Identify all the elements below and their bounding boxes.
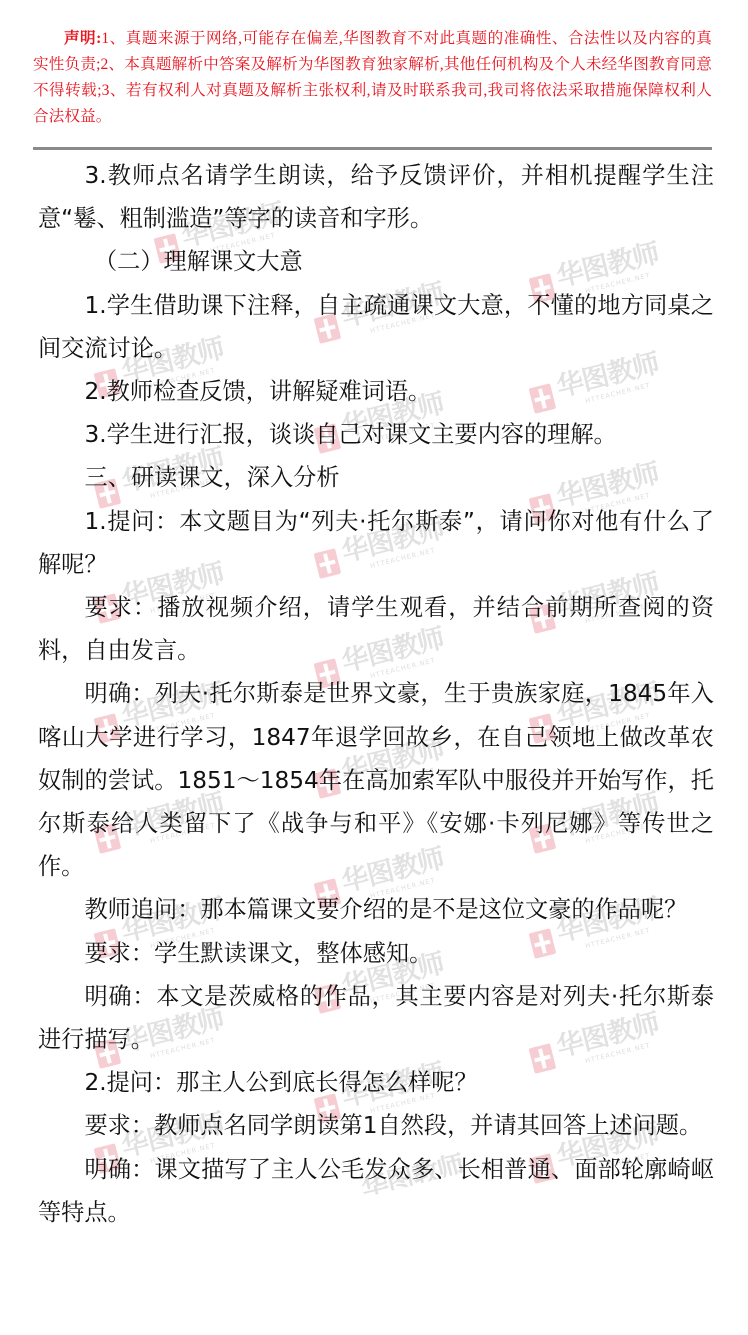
paragraph-requirement-3: 要求：教师点名同学朗读第1自然段，并请其回答上述问题。 [38, 1104, 714, 1147]
disclaimer-lead: 声明: [64, 30, 101, 47]
section-heading-analysis: 三、研读课文，深入分析 [38, 456, 714, 499]
disclaimer-notice: 声明:1、真题来源于网络,可能存在偏差,华图教育不对此真题的准确性、合法性以及内… [33, 26, 712, 130]
section-heading-understand-text: （二）理解课文大意 [38, 240, 714, 283]
document-body: 3.教师点名请学生朗读，给予反馈评价，并相机提醒学生注意“鬈、粗制滥造”等字的读… [38, 154, 714, 1234]
paragraph-followup-question: 教师追问：那本篇课文要介绍的是不是这位文豪的作品呢？ [38, 888, 714, 931]
paragraph-requirement-1: 要求：播放视频介绍，请学生观看，并结合前期所查阅的资料，自由发言。 [38, 586, 714, 672]
paragraph-teacher-check: 2.教师检查反馈，讲解疑难词语。 [38, 370, 714, 413]
paragraph-answer-2: 明确：本文是茨威格的作品，其主要内容是对列夫·托尔斯泰进行描写。 [38, 975, 714, 1061]
header-divider [33, 147, 712, 150]
paragraph-requirement-2: 要求：学生默读课文，整体感知。 [38, 932, 714, 975]
paragraph-self-study: 1.学生借助课下注释，自主疏通课文大意，不懂的地方同桌之间交流讨论。 [38, 284, 714, 370]
paragraph-pronunciation-reminder: 3.教师点名请学生朗读，给予反馈评价，并相机提醒学生注意“鬈、粗制滥造”等字的读… [38, 154, 714, 240]
paragraph-answer-1: 明确：列夫·托尔斯泰是世界文豪，生于贵族家庭，1845年入喀山大学进行学习，18… [38, 672, 714, 888]
paragraph-question-2: 2.提问：那主人公到底长得怎么样呢？ [38, 1061, 714, 1104]
paragraph-question-1: 1.提问：本文题目为“列夫·托尔斯泰”，请问你对他有什么了解呢？ [38, 500, 714, 586]
paragraph-student-report: 3.学生进行汇报，谈谈自己对课文主要内容的理解。 [38, 413, 714, 456]
paragraph-answer-3: 明确：课文描写了主人公毛发众多、长相普通、面部轮廓崎岖等特点。 [38, 1148, 714, 1234]
disclaimer-text: 1、真题来源于网络,可能存在偏差,华图教育不对此真题的准确性、合法性以及内容的真… [33, 30, 712, 125]
